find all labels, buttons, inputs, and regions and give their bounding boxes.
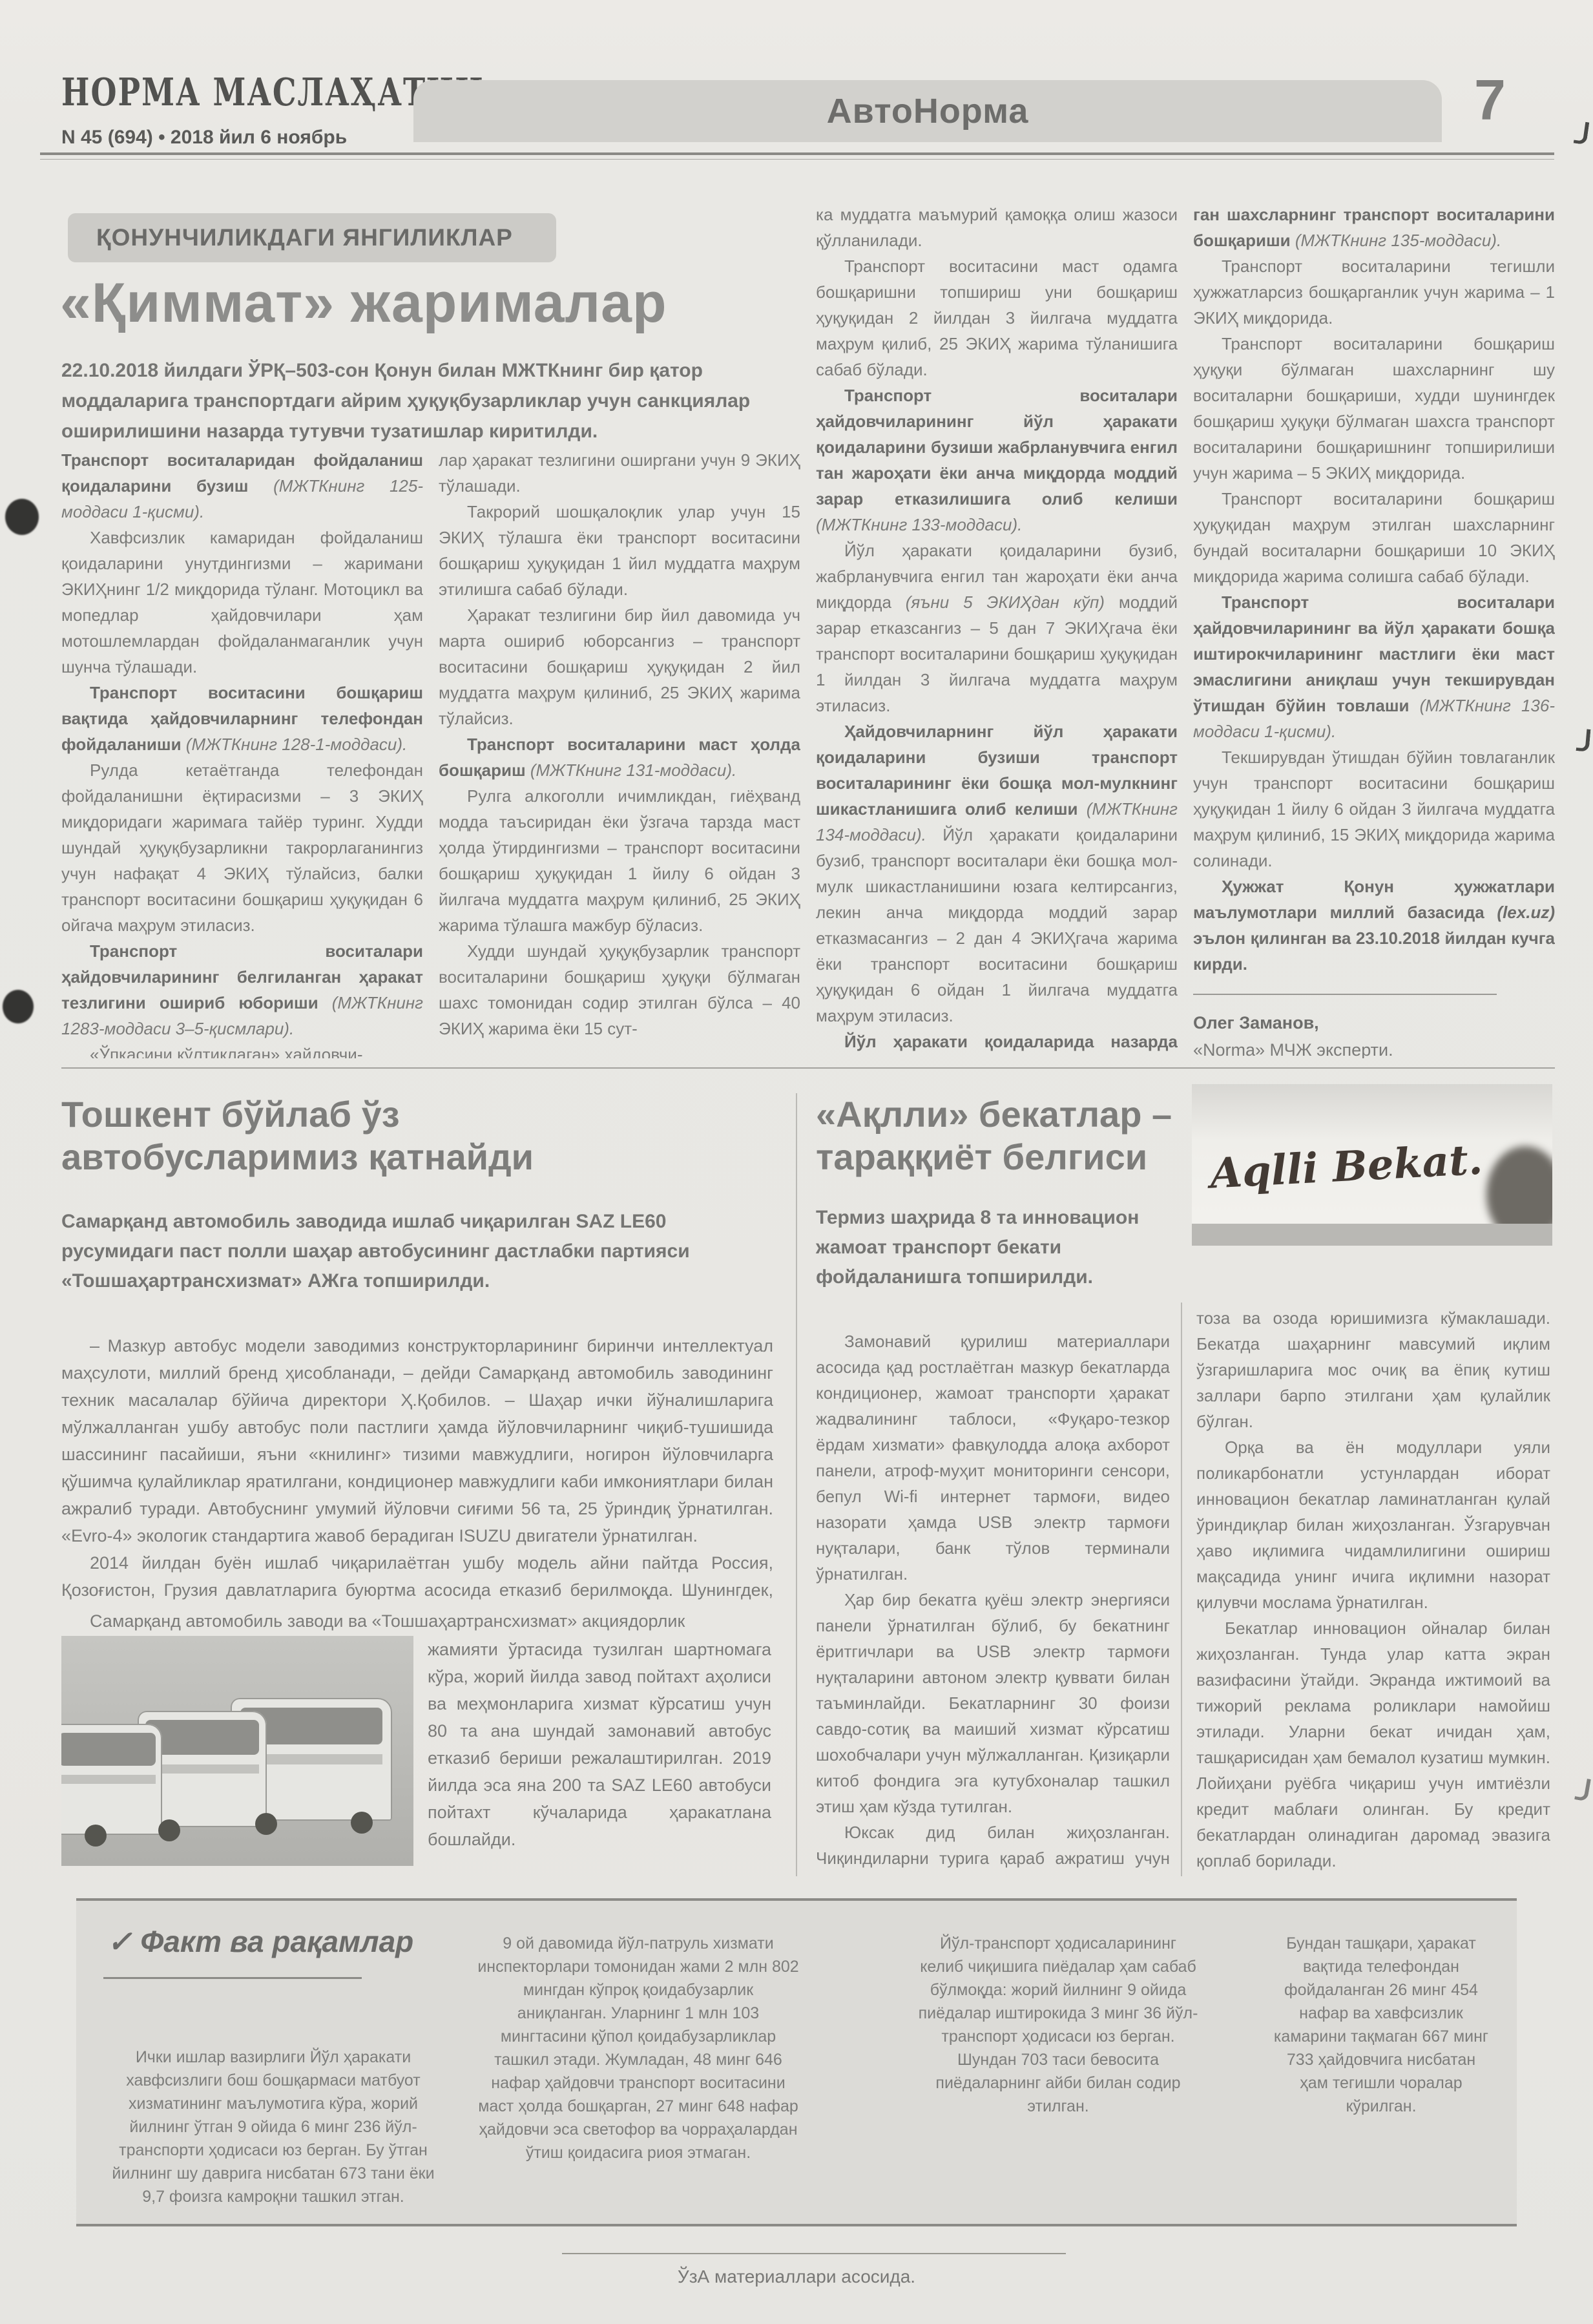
- smart-stop-photo: Aqlli Bekat.: [1192, 1084, 1552, 1246]
- scan-mark: [1576, 728, 1591, 752]
- paragraph: Транспорт воситасини маст одамга бошқари…: [816, 253, 1178, 382]
- fact-column-3: Йўл-транспорт ҳодисаларининг келиб чиқиш…: [916, 1932, 1200, 2118]
- smart-column-b: тоза ва озода юришимизга кўмаклашади. Бе…: [1196, 1305, 1550, 1876]
- kicker-badge: ҚОНУНЧИЛИКДАГИ ЯНГИЛИКЛАР: [68, 213, 556, 262]
- cite-run: (МЖТКнинг 133-моддаси).: [816, 515, 1022, 534]
- paragraph: Орқа ва ён модуллари уяли поликарбонатли…: [1196, 1434, 1550, 1615]
- author-separator: [1193, 994, 1497, 995]
- paragraph: лар ҳаракат тезлигини оширгани учун 9 ЭК…: [439, 447, 800, 499]
- footer-rule: [562, 2253, 1066, 2254]
- bus-windshield: [145, 1720, 259, 1755]
- smart-article-lede: Термиз шаҳрида 8 та инновацион жамоат тр…: [816, 1203, 1170, 1292]
- paragraph: Рулда кетаётганда телефондан фойдаланишн…: [61, 757, 423, 938]
- fact-box-title-text: Факт ва рақамлар: [140, 1925, 413, 1958]
- paragraph: Транспорт воситаларини бошқариш ҳуқуқи б…: [1193, 331, 1555, 486]
- paragraph: Транспорт воситалари ҳайдовчиларининг йў…: [816, 382, 1178, 538]
- column-divider: [1181, 1303, 1182, 1876]
- fact-box-underline: [103, 1977, 362, 1979]
- cite-run: (МЖТКнинг 128-1-моддаси).: [186, 735, 407, 754]
- headline-line: «Ақлли» бекатлар –: [816, 1093, 1178, 1136]
- paragraph: Худди шундай ҳуқуқбузарлик транспорт вос…: [439, 938, 800, 1042]
- scan-mark: [1574, 1777, 1591, 1802]
- bus-windshield: [61, 1733, 156, 1766]
- bus-wheel: [85, 1825, 107, 1847]
- bus-stripe: [61, 1775, 156, 1784]
- paragraph: Ҳайдовчиларнинг йўл ҳаракати қоидаларини…: [816, 718, 1178, 1029]
- paragraph: «Ўпкасини қўлтиқлаган» ҳайдовчи-: [61, 1042, 423, 1058]
- lead-column-1: Транспорт воситаларидан фойдаланиш қоида…: [61, 447, 423, 1058]
- bus-stripe: [145, 1764, 259, 1774]
- paragraph: Замонавий қурилиш материаллари асосида қ…: [816, 1328, 1170, 1587]
- bus-wheel: [255, 1813, 277, 1835]
- bus-article-headline: Тошкент бўйлаб ўз автобусларимиз қатнайд…: [61, 1093, 778, 1178]
- paragraph: ган шахсларнинг транспорт воситаларини б…: [1193, 202, 1555, 253]
- paragraph: Транспорт воситалари ҳайдовчиларининг бе…: [61, 938, 423, 1042]
- page-number: 7: [1474, 67, 1506, 133]
- paragraph: Бекатлар инновацион ойналар билан жиҳозл…: [1196, 1615, 1550, 1874]
- bus-shape: [61, 1724, 162, 1835]
- check-icon: ✓: [107, 1925, 132, 1958]
- paragraph: Транспорт воситалари ҳайдовчиларининг ва…: [1193, 589, 1555, 744]
- bus-wheel: [351, 1812, 373, 1834]
- smart-column-a: Замонавий қурилиш материаллари асосида қ…: [816, 1328, 1170, 1876]
- bus-article-body: – Мазкур автобус модели заводимиз констр…: [61, 1332, 773, 1606]
- bus-article-narrow-column: жамияти ўртасида тузилган шартномага кўр…: [428, 1636, 771, 1881]
- fact-column-1: Ички ишлар вазирлиги Йўл ҳаракати хавфси…: [109, 2046, 438, 2208]
- paragraph: Юксак дид билан жиҳозланган. Чиқиндиларн…: [816, 1819, 1170, 1876]
- smart-article-headline: «Ақлли» бекатлар – тараққиёт белгиси: [816, 1093, 1178, 1178]
- bold-run: Йўл ҳаракати қоидаларида назарда тутилга…: [816, 1032, 1178, 1058]
- bus-photo: [61, 1636, 413, 1866]
- staple-hole-artifact: [5, 499, 39, 535]
- bold-run: Транспорт воситалари ҳайдовчиларининг йў…: [816, 386, 1178, 508]
- paragraph: Текширувдан ўтишдан бўйин товлаганлик уч…: [1193, 744, 1555, 874]
- paragraph: Йўл ҳаракати қоидаларида назарда тутилга…: [816, 1029, 1178, 1058]
- headline-line: Тошкент бўйлаб ўз: [61, 1093, 778, 1136]
- headline-line: тараққиёт белгиси: [816, 1136, 1178, 1178]
- lead-headline: «Қиммат» жарималар: [60, 271, 667, 335]
- paragraph: Мутасаддиларнинг таъкидлашича, яқин кела…: [1196, 1874, 1550, 1876]
- paragraph: Транспорт воситаларини маст ҳолда бошқар…: [439, 731, 800, 783]
- cite-run: (МЖТКнинг 131-моддаси).: [530, 760, 736, 780]
- paragraph: тоза ва озода юришимизга кўмаклашади. Бе…: [1196, 1305, 1550, 1434]
- photo-band: [1192, 1224, 1552, 1246]
- header-rule: [40, 152, 1554, 155]
- lead-lede: 22.10.2018 йилдаги ЎРҚ–503-сон Қонун бил…: [61, 355, 784, 446]
- paragraph: Ҳаракат тезлигини бир йил давомида уч ма…: [439, 602, 800, 731]
- cite-run: (МЖТКнинг 135-моддаси).: [1295, 231, 1501, 250]
- paragraph: Такрорий шошқалоқлик улар учун 15 ЭКИҲ т…: [439, 499, 800, 602]
- bus-article-lede: Самарқанд автомобиль заводида ишлаб чиқа…: [61, 1207, 746, 1296]
- bus-article-body-line: Самарқанд автомобиль заводи ва «Тошшаҳар…: [61, 1607, 773, 1635]
- bold-italic-run: (lex.uz): [1497, 903, 1555, 922]
- paragraph: Транспорт воситаларини бошқариш ҳуқуқида…: [1193, 486, 1555, 589]
- fact-column-4: Бундан ташқари, ҳаракат вақтида телефонд…: [1271, 1932, 1491, 2118]
- author-title: «Norma» МЧЖ эксперти.: [1193, 1036, 1555, 1058]
- scan-mark: [1574, 121, 1590, 145]
- paragraph: Транспорт воситаларидан фойдаланиш қоида…: [61, 447, 423, 525]
- paragraph: Хавфсизлик камаридан фойдаланиш қоидалар…: [61, 525, 423, 680]
- italic-run: (яъни 5 ЭКИҲдан кўп): [906, 592, 1105, 612]
- paragraph: Транспорт воситаларини тегишли ҳужжатлар…: [1193, 253, 1555, 331]
- fact-column-2: 9 ой давомида йўл-патруль хизмати инспек…: [477, 1932, 800, 2164]
- paragraph: Рулга алкоголли ичимликдан, гиёҳванд мод…: [439, 783, 800, 938]
- author-name: Олег Заманов,: [1193, 1009, 1555, 1036]
- fact-box: ✓ Факт ва рақамлар Ички ишлар вазирлиги …: [76, 1898, 1517, 2226]
- bold-run: эълон қилинган ва 23.10.2018 йилдан кучг…: [1193, 928, 1555, 974]
- footer-credit: ЎзА материаллари асосида.: [0, 2266, 1593, 2287]
- paragraph: Ҳужжат Қонун ҳужжатлари маълумотлари мил…: [1193, 874, 1555, 977]
- staple-hole-artifact: [3, 990, 34, 1023]
- fact-box-title: ✓ Факт ва рақамлар: [107, 1924, 413, 1959]
- header-rule-thin: [40, 159, 1554, 160]
- issue-line: N 45 (694) • 2018 йил 6 ноябрь: [61, 127, 347, 149]
- paragraph: Транспорт воситасини бошқариш вақтида ҳа…: [61, 680, 423, 757]
- paragraph: жамияти ўртасида тузилган шартномага кўр…: [428, 1636, 771, 1853]
- column-divider: [796, 1093, 797, 1876]
- lead-column-4: ган шахсларнинг транспорт воситаларини б…: [1193, 202, 1555, 1058]
- headline-line: автобусларимиз қатнайди: [61, 1136, 778, 1178]
- section-divider-rule: [61, 1067, 1555, 1069]
- lead-column-2: лар ҳаракат тезлигини оширгани учун 9 ЭК…: [439, 447, 800, 1058]
- paragraph: – Мазкур автобус модели заводимиз констр…: [61, 1332, 773, 1549]
- text-run: Йўл ҳаракати қоидаларини бузиб, транспор…: [816, 825, 1178, 1025]
- paragraph: ка муддатга маъмурий қамоққа олиш жазоси…: [816, 202, 1178, 253]
- bus-wheel: [158, 1819, 180, 1841]
- lead-column-3: ка муддатга маъмурий қамоққа олиш жазоси…: [816, 202, 1178, 1058]
- paragraph: Ҳар бир бекатга қуёш электр энергияси па…: [816, 1587, 1170, 1819]
- newspaper-page: НОРМА МАСЛАҲАТЧИ N 45 (694) • 2018 йил 6…: [0, 0, 1593, 2324]
- section-banner: АвтоНорма: [413, 80, 1442, 142]
- paragraph: Самарқанд автомобиль заводи ва «Тошшаҳар…: [61, 1607, 773, 1635]
- paragraph: Йўл ҳаракати қоидаларини бузиб, жабрлану…: [816, 538, 1178, 718]
- paragraph: 2014 йилдан буён ишлаб чиқарилаётган ушб…: [61, 1549, 773, 1606]
